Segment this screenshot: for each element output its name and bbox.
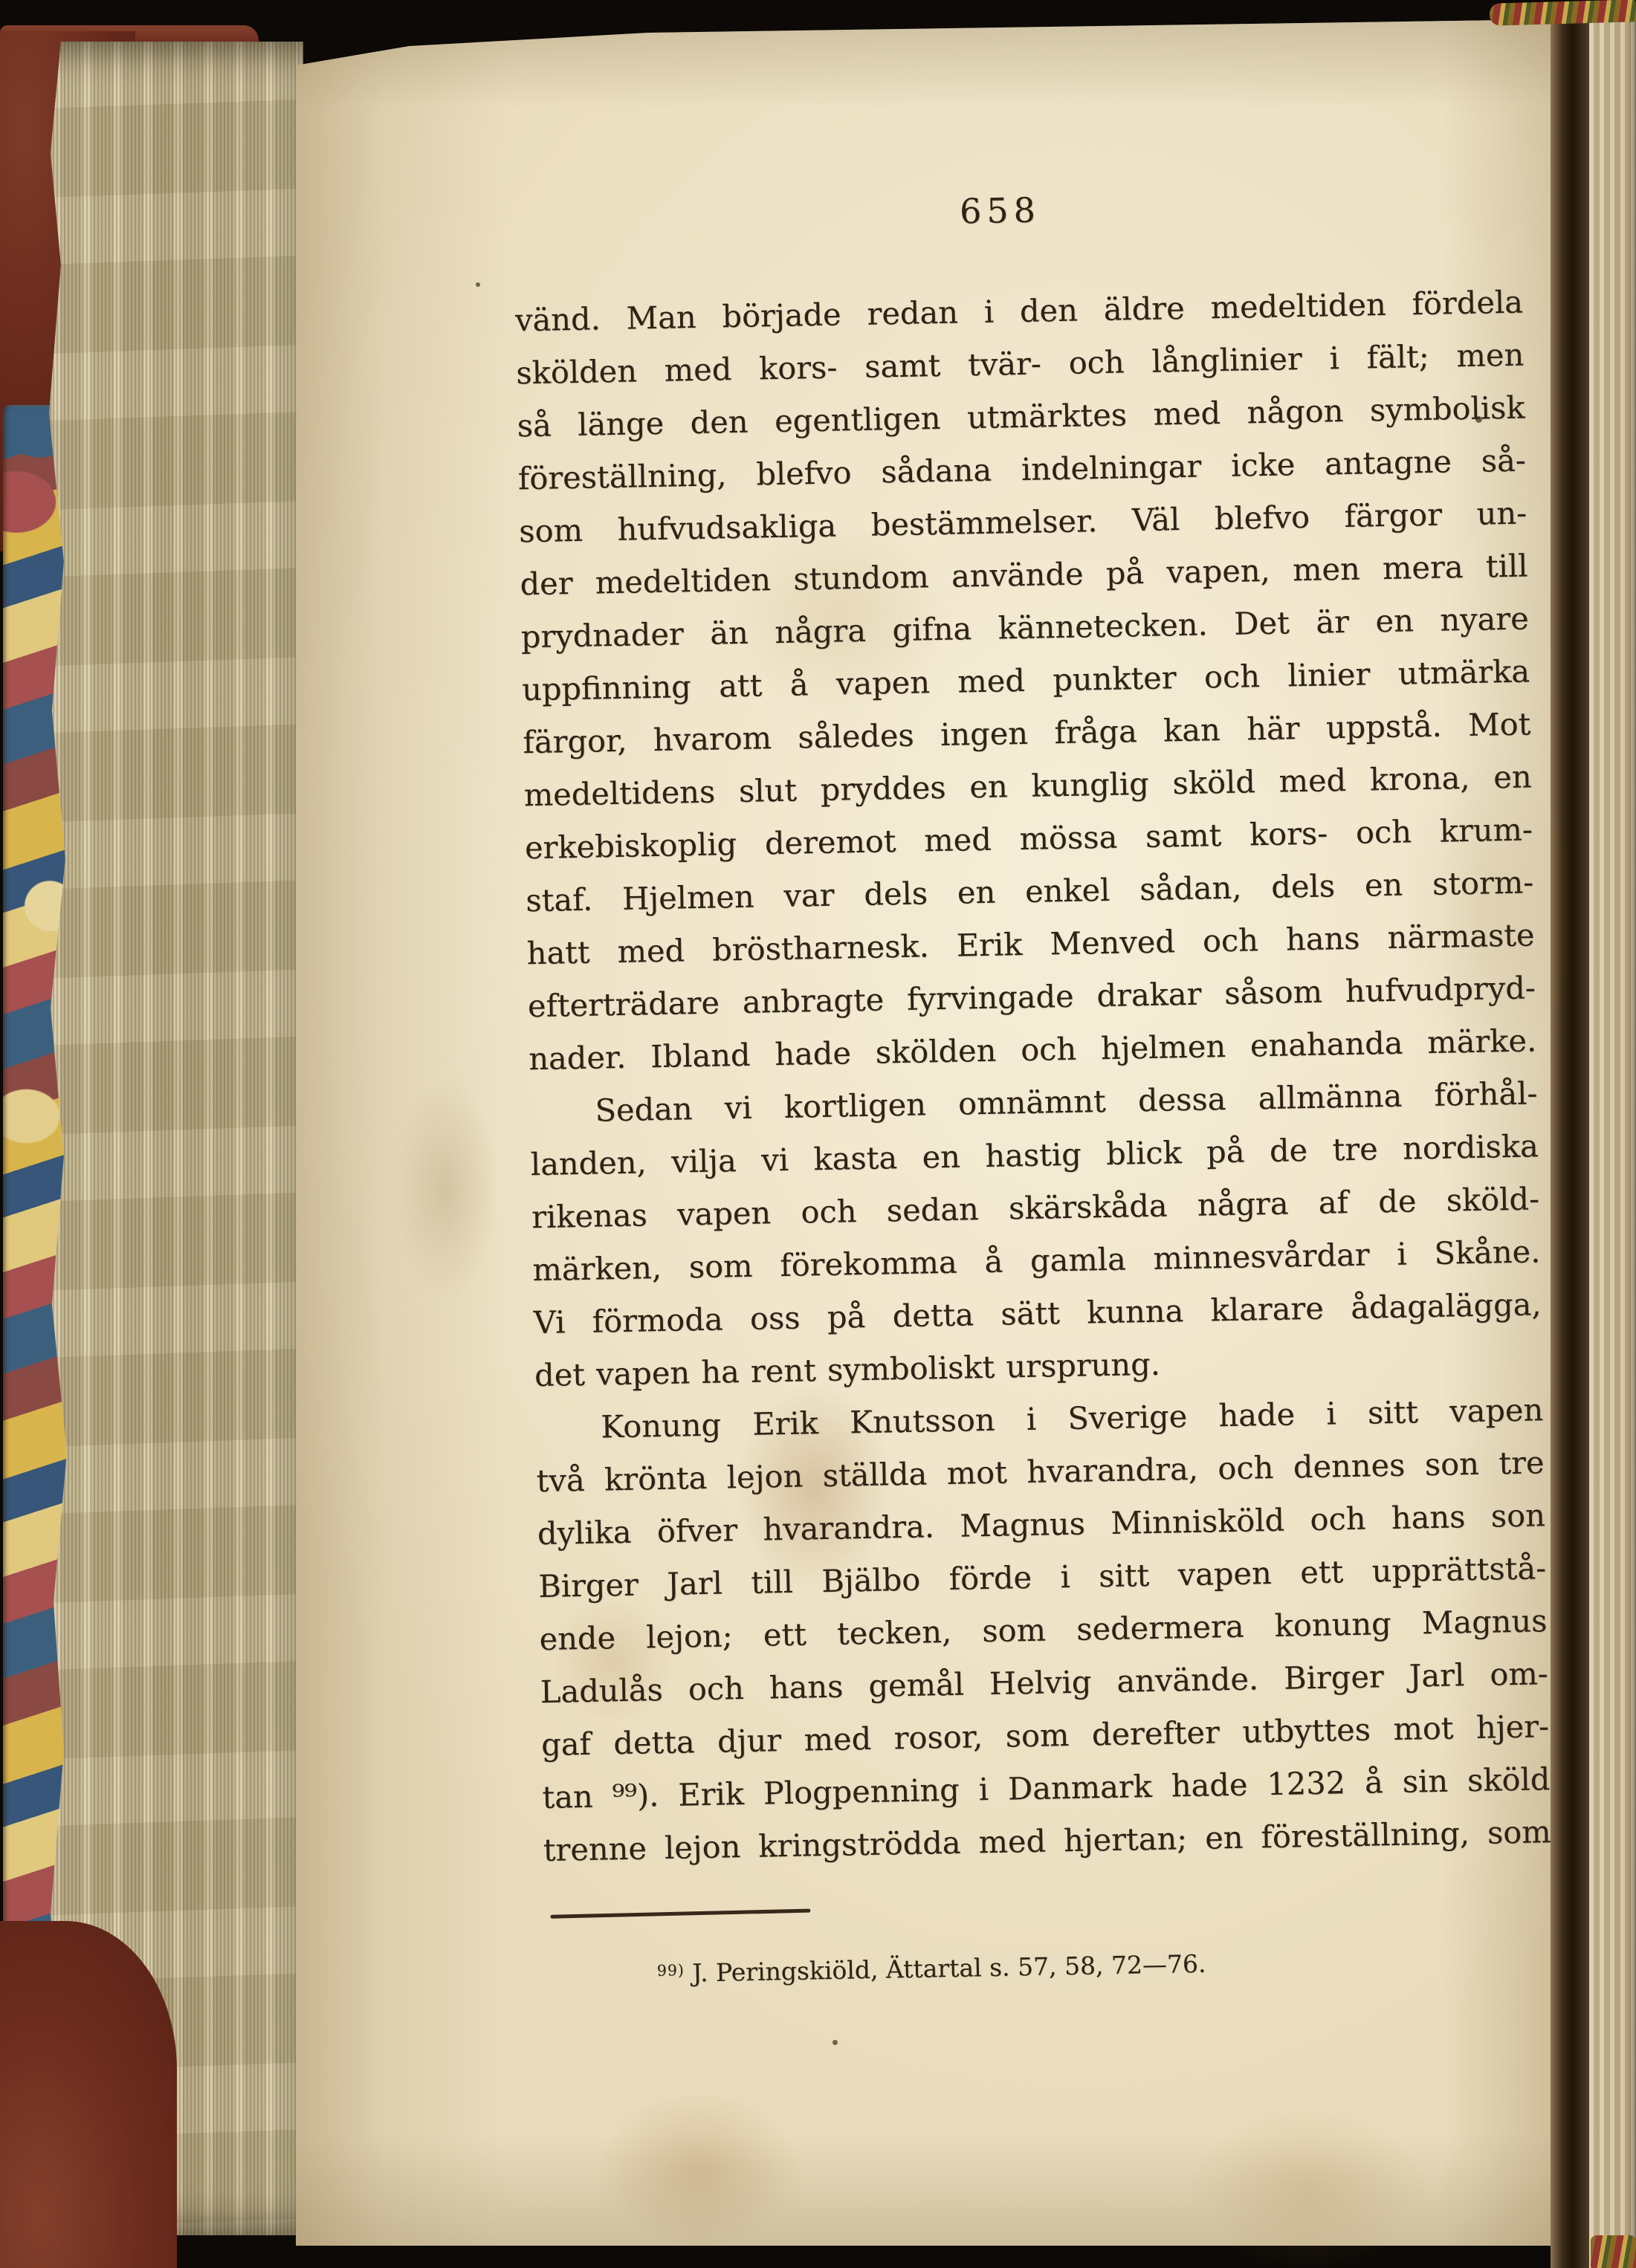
scanned-book-page-photo: 658 vänd. Man började redan i den äldre … xyxy=(0,0,1636,2268)
ink-speck xyxy=(832,2040,838,2045)
footnote-marker: 99) xyxy=(657,1961,685,1980)
body-text: vänd. Man började redan i den äldre mede… xyxy=(515,284,1552,1885)
leather-cover-bottom-left xyxy=(0,1921,177,2268)
ink-speck xyxy=(476,282,480,287)
endband-bottom-right xyxy=(1591,2235,1636,2268)
printed-text-block: 658 vänd. Man började redan i den äldre … xyxy=(513,181,1553,1990)
endband-top-right xyxy=(1490,0,1636,26)
facing-page-edge xyxy=(1589,15,1636,2268)
binding-gutter-shadow xyxy=(1551,15,1591,2268)
stacked-page-edges xyxy=(42,42,303,2235)
footnote-divider xyxy=(550,1909,810,1919)
